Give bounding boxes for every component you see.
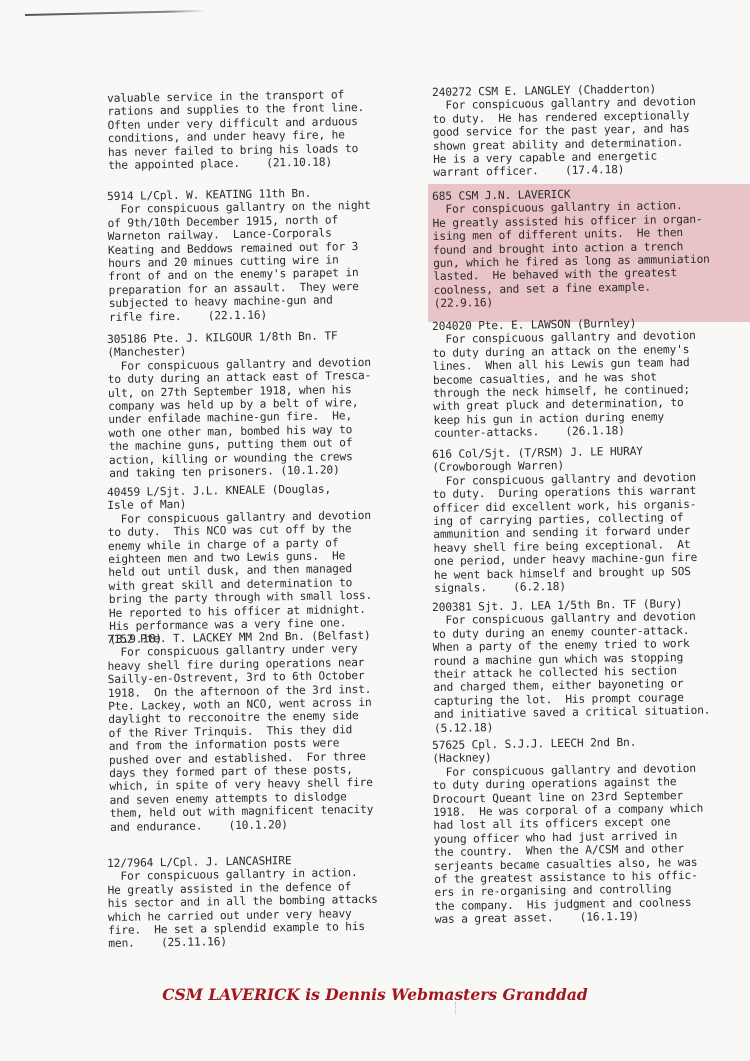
citation-entry: 240272 CSM E. LANGLEY (Chadderton) For c… (432, 82, 697, 180)
scan-artifact-line (25, 10, 205, 16)
citation-line: counter-attacks. (26.1.18) (434, 423, 698, 441)
citation-line: warrant officer. (17.4.18) (433, 162, 697, 180)
caption: CSM LAVERICK is Dennis Webmasters Grandd… (0, 985, 750, 1004)
citation-line: signals. (6.2.18) (434, 578, 698, 596)
citation-line: men. (25.11.16) (108, 933, 378, 951)
scan-speck (455, 1002, 464, 1014)
citation-entry: 40459 L/Sjt. J.L. KNEALE (Douglas,Isle o… (107, 482, 373, 647)
citation-line: was a great asset. (16.1.19) (435, 909, 705, 927)
citation-entry: 200381 Sjt. J. LEA 1/5th Bn. TF (Bury) F… (432, 597, 711, 735)
citation-entry: 7152 Pte. T. LACKEY MM 2nd Bn. (Belfast)… (107, 629, 374, 834)
citation-entry: 204020 Pte. E. LAWSON (Burnley) For cons… (432, 316, 697, 441)
citation-entry: 57625 Cpl. S.J.J. LEECH 2nd Bn.(Hackney)… (432, 735, 705, 927)
citation-entry: valuable service in the transport ofrati… (107, 88, 365, 172)
citation-line: the appointed place. (21.10.18) (108, 155, 365, 172)
citation-entry: 12/7964 L/Cpl. J. LANCASHIRE For conspic… (107, 853, 378, 951)
citation-entry: 616 Col/Sjt. (T/RSM) J. LE HURAY(Crowbor… (432, 444, 698, 596)
citation-line: and taking ten prisoners. (10.1.20) (109, 463, 373, 481)
citation-entry: 5914 L/Cpl. W. KEATING 11th Bn. For cons… (107, 186, 372, 324)
citation-entry: 305186 Pte. J. KILGOUR 1/8th Bn. TF(Manc… (107, 329, 373, 481)
citation-entry: 685 CSM J.N. LAVERICK For conspicuous ga… (432, 186, 710, 311)
